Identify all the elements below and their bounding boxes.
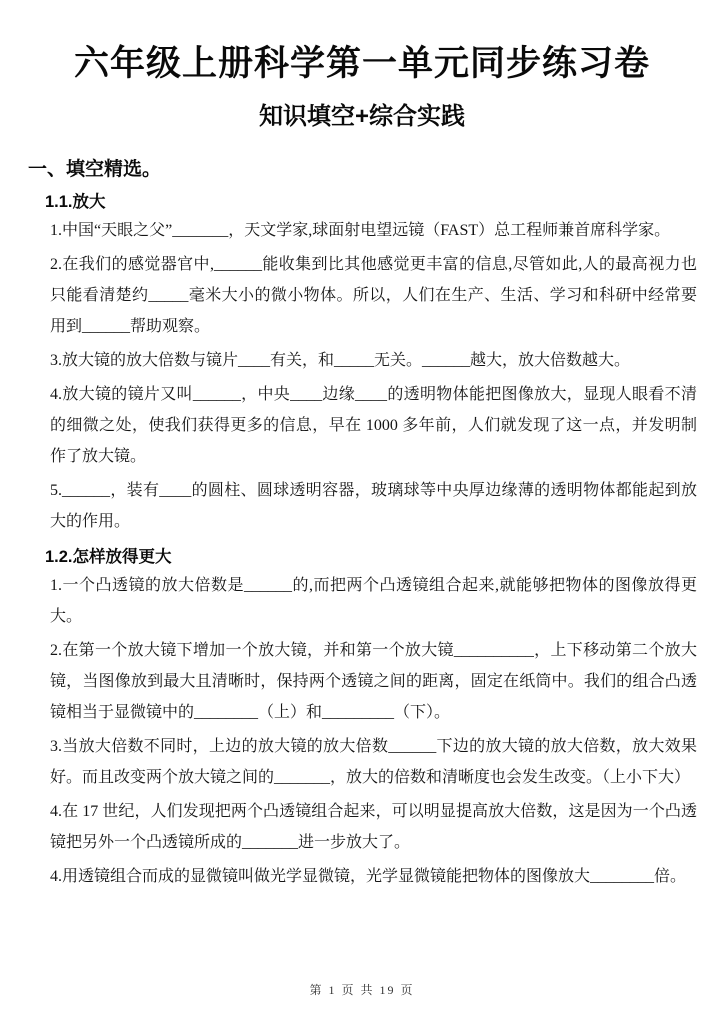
question-1-2-2: 2.在第一个放大镜下增加一个放大镜，并和第一个放大镜__________，上下移… [50, 635, 697, 728]
question-1-2-4: 4.在 17 世纪，人们发现把两个凸透镜组合起来，可以明显提高放大倍数，这是因为… [50, 796, 697, 858]
question-1-1-3: 3.放大镜的放大倍数与镜片____有关，和_____无关。______越大，放大… [50, 345, 697, 376]
question-1-1-4: 4.放大镜的镜片又叫______，中央____边缘____的透明物体能把图像放大… [50, 379, 697, 472]
worksheet-page: 六年级上册科学第一单元同步练习卷 知识填空+综合实践 一、填空精选。 1.1.放… [0, 0, 724, 1024]
page-subtitle: 知识填空+综合实践 [20, 102, 704, 132]
question-1-1-2: 2.在我们的感觉器官中,______能收集到比其他感觉更丰富的信息,尽管如此,人… [50, 249, 697, 342]
subsection-heading-1-2-magnify-more: 1.2.怎样放得更大 [45, 546, 704, 568]
question-1-2-3: 3.当放大倍数不同时，上边的放大镜的放大倍数______下边的放大镜的放大倍数，… [50, 731, 697, 793]
question-1-1-5: 5.______，装有____的圆柱、圆球透明容器，玻璃球等中央厚边缘薄的透明物… [50, 475, 697, 537]
subsection-heading-1-1-magnify: 1.1.放大 [45, 191, 704, 213]
question-1-2-5: 4.用透镜组合而成的显微镜叫做光学显微镜，光学显微镜能把物体的图像放大_____… [50, 861, 697, 892]
section-heading-fill-in-blanks: 一、填空精选。 [28, 158, 704, 182]
page-title: 六年级上册科学第一单元同步练习卷 [20, 42, 704, 86]
question-1-1-1: 1.中国“天眼之父”_______，天文学家,球面射电望远镜（FAST）总工程师… [50, 215, 697, 246]
page-number-footer: 第 1 页 共 19 页 [0, 981, 724, 998]
question-1-2-1: 1.一个凸透镜的放大倍数是______的,而把两个凸透镜组合起来,就能够把物体的… [50, 570, 697, 632]
